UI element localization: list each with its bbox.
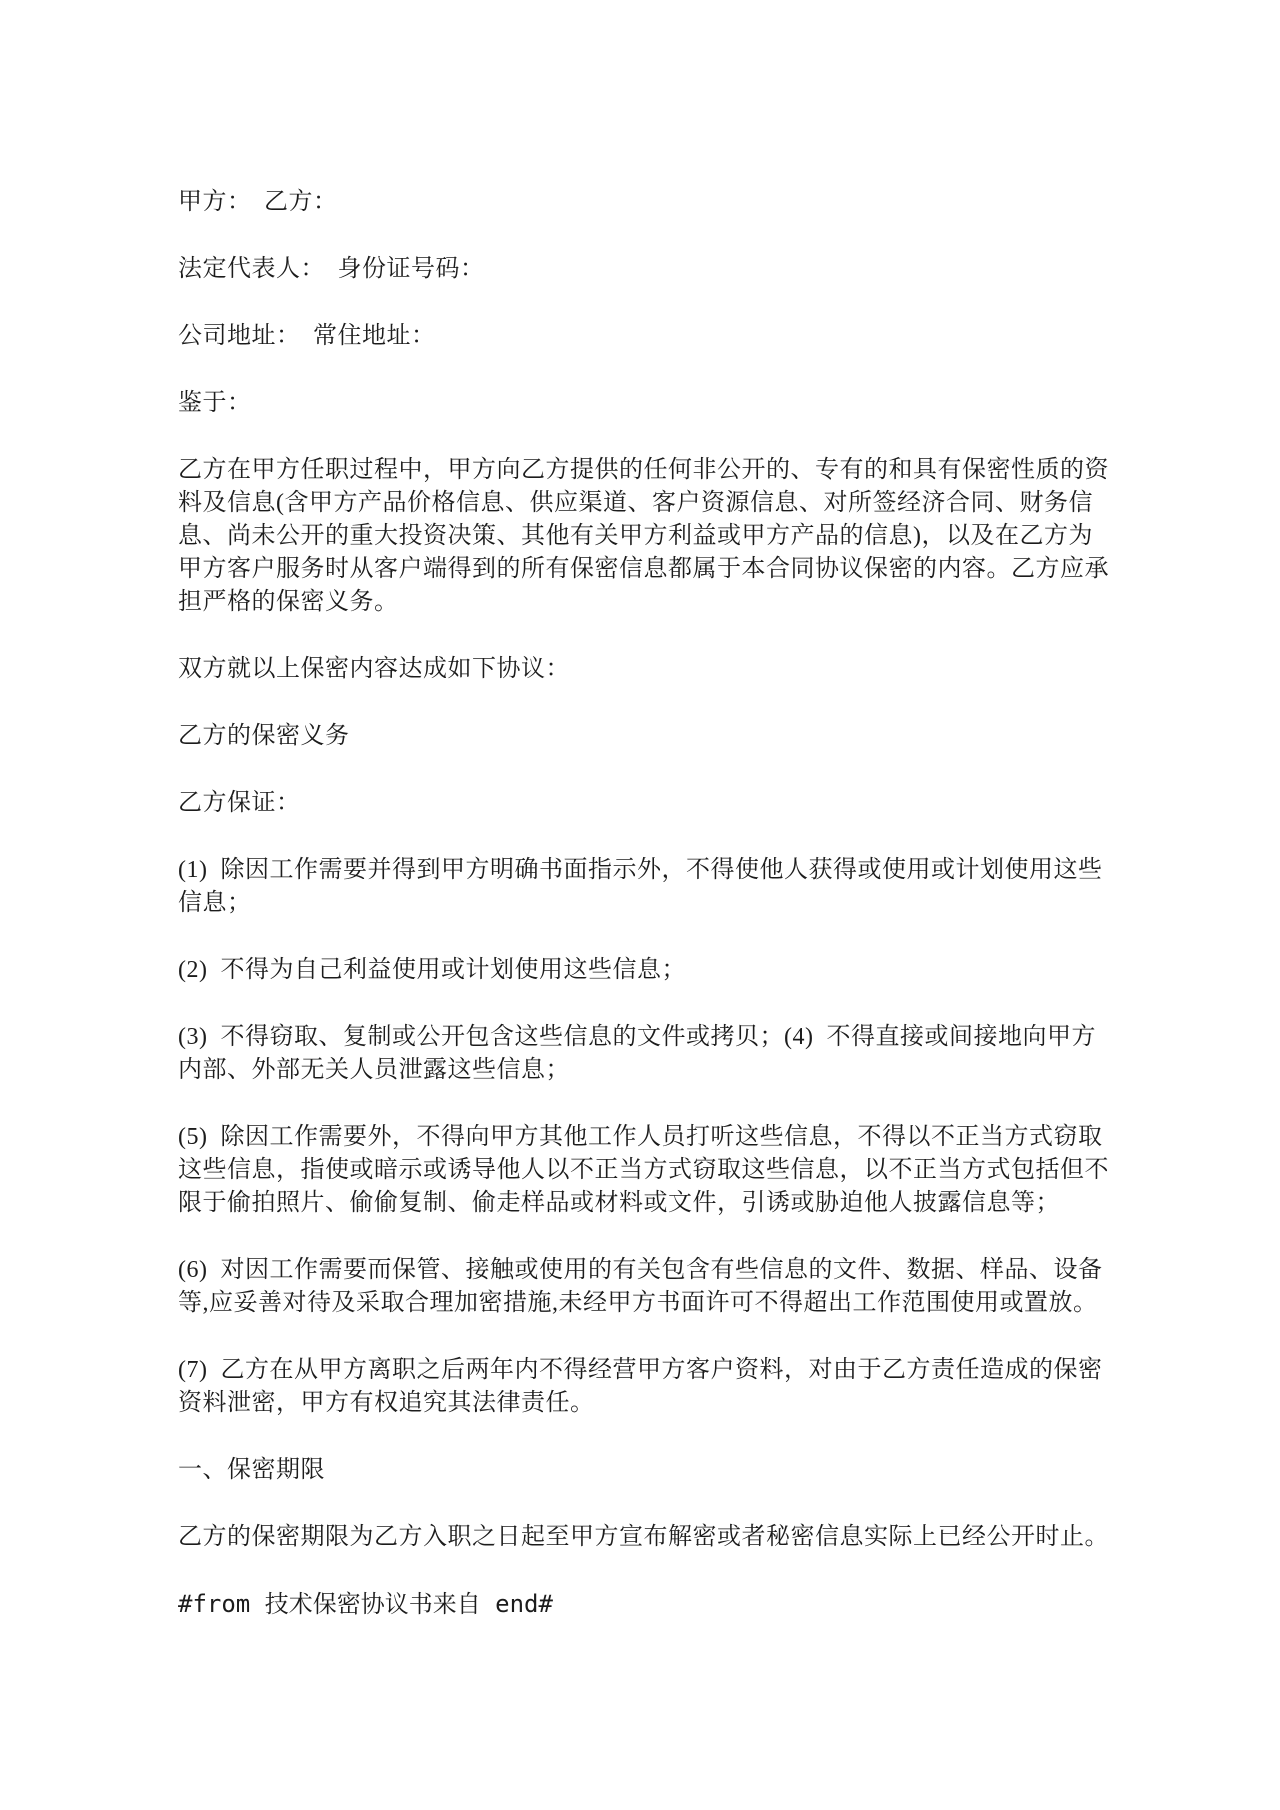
clause-2: (2) 不得为自己利益使用或计划使用这些信息； — [178, 954, 1113, 987]
obligations-heading: 乙方的保密义务 — [178, 720, 1113, 753]
clause-7: (7) 乙方在从甲方离职之后两年内不得经营甲方客户资料，对由于乙方责任造成的保密… — [178, 1354, 1113, 1420]
party-a-b-line: 甲方： 乙方： — [178, 186, 1113, 219]
source-tag-line: #from 技术保密协议书来自 end# — [178, 1588, 1113, 1621]
company-address-line: 公司地址： 常住地址： — [178, 320, 1113, 353]
legal-representative-line: 法定代表人： 身份证号码： — [178, 253, 1113, 286]
clause-1: (1) 除因工作需要并得到甲方明确书面指示外，不得使他人获得或使用或计划使用这些… — [178, 854, 1113, 920]
clause-3-4: (3) 不得窃取、复制或公开包含这些信息的文件或拷贝；(4) 不得直接或间接地向… — [178, 1021, 1113, 1087]
document-page: 甲方： 乙方： 法定代表人： 身份证号码： 公司地址： 常住地址： 鉴于： 乙方… — [0, 0, 1280, 1810]
agreement-intro-line: 双方就以上保密内容达成如下协议： — [178, 653, 1113, 686]
party-b-guarantee-label: 乙方保证： — [178, 787, 1113, 820]
term-section-heading: 一、保密期限 — [178, 1454, 1113, 1487]
term-paragraph: 乙方的保密期限为乙方入职之日起至甲方宣布解密或者秘密信息实际上已经公开时止。 — [178, 1521, 1113, 1554]
whereas-label: 鉴于： — [178, 387, 1113, 420]
clause-5: (5) 除因工作需要外，不得向甲方其他工作人员打听这些信息，不得以不正当方式窃取… — [178, 1121, 1113, 1220]
clause-6: (6) 对因工作需要而保管、接触或使用的有关包含有些信息的文件、数据、样品、设备… — [178, 1254, 1113, 1320]
confidential-scope-paragraph: 乙方在甲方任职过程中，甲方向乙方提供的任何非公开的、专有的和具有保密性质的资料及… — [178, 454, 1113, 619]
document-content: 甲方： 乙方： 法定代表人： 身份证号码： 公司地址： 常住地址： 鉴于： 乙方… — [178, 186, 1113, 1655]
